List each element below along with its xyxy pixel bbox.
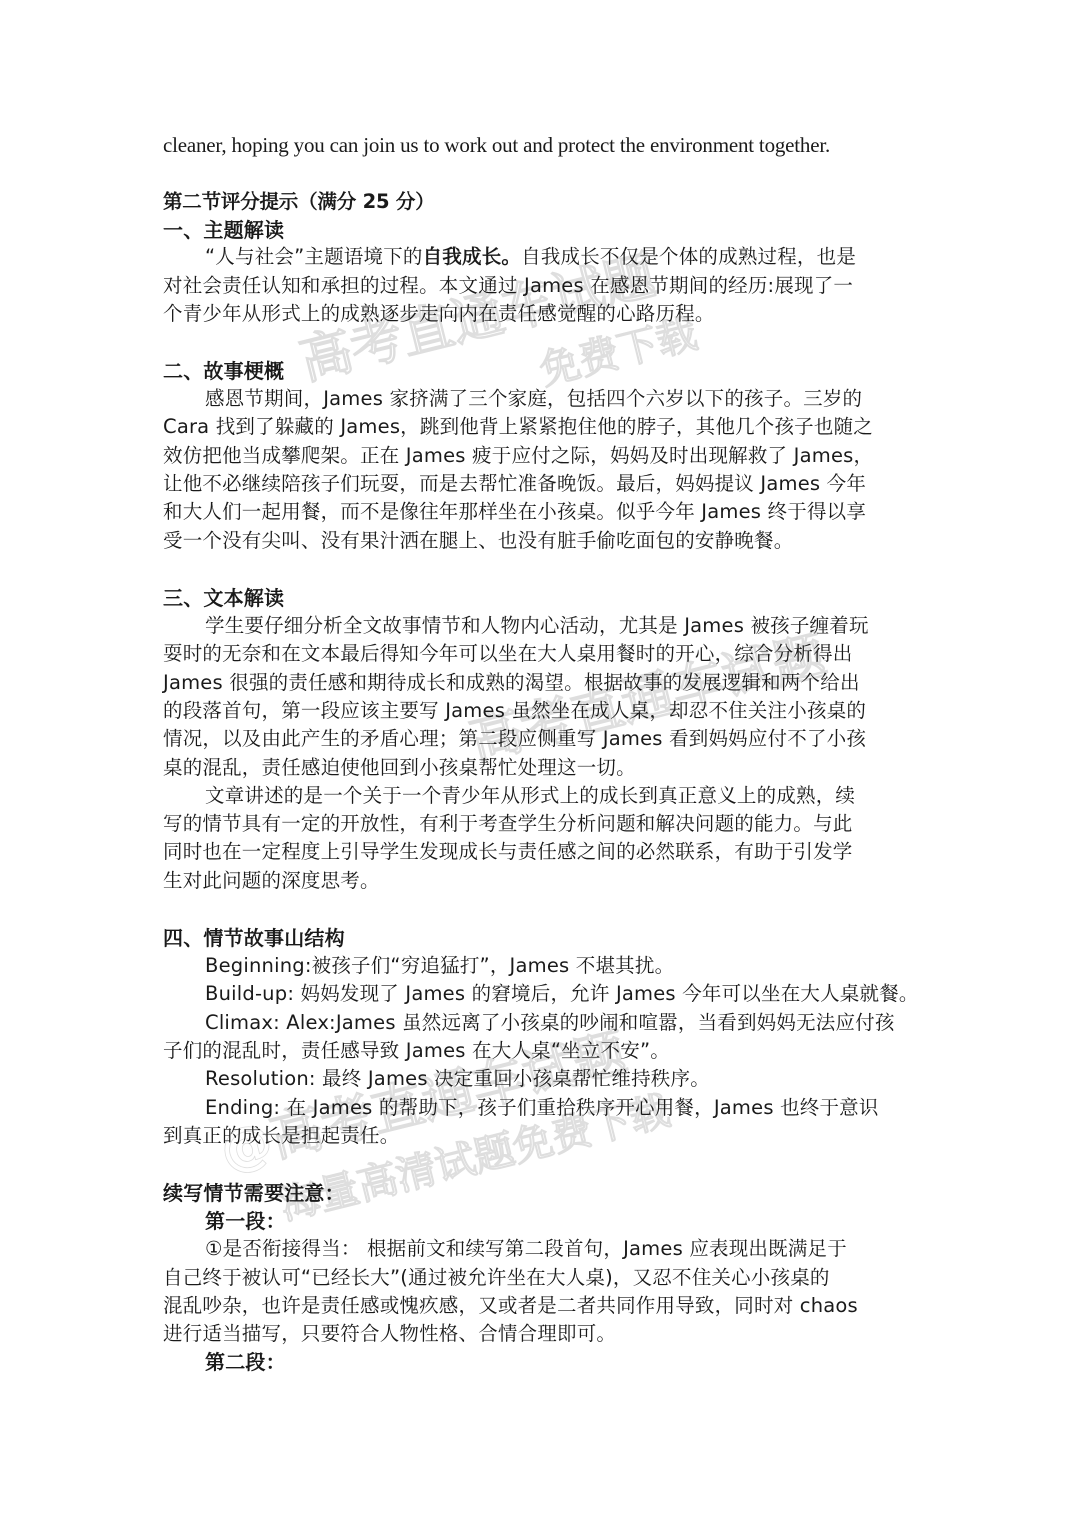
emphasis-text: 自我成长。: [423, 245, 522, 268]
plot-ending: Ending: 在 James 的帮助下，孩子们重拾秩序开心用餐，James 也…: [163, 1094, 915, 1122]
paragraph-line: James 很强的责任感和期待成长和成熟的渴望。根据故事的发展逻辑和两个给出: [163, 669, 915, 697]
paragraph-line: 情况，以及由此产生的矛盾心理；第二段应侧重写 James 看到妈妈应付不了小孩: [163, 725, 915, 753]
paragraph-line: 对社会责任认知和承担的过程。本文通过 James 在感恩节期间的经历:展现了一: [163, 272, 915, 300]
paragraph-line: 生对此问题的深度思考。: [163, 867, 915, 895]
paragraph-line: 感恩节期间，James 家挤满了三个家庭，包括四个六岁以下的孩子。三岁的: [163, 385, 915, 413]
section-title: 第二节评分提示（满分 25 分）: [163, 188, 915, 216]
paragraph-line: Cara 找到了躲藏的 James，跳到他背上紧紧抱住他的脖子，其他几个孩子也随…: [163, 413, 915, 441]
paragraph-line: 和大人们一起用餐，而不是像往年那样坐在小孩桌。似乎今年 James 终于得以享: [163, 498, 915, 526]
paragraph-line: “人与社会”主题语境下的自我成长。自我成长不仅是个体的成熟过程，也是: [163, 243, 915, 271]
label-paragraph-two: 第二段：: [163, 1348, 915, 1376]
plot-climax-cont: 子们的混乱时，责任感导致 James 在大人桌“坐立不安”。: [163, 1037, 915, 1065]
heading-theme: 一、主题解读: [163, 216, 915, 244]
carryover-text: cleaner, hoping you can join us to work …: [163, 131, 915, 159]
paragraph-line: 文章讲述的是一个关于一个青少年从形式上的成长到真正意义上的成熟，续: [163, 782, 915, 810]
paragraph-line: 个青少年从形式上的成熟逐步走向内在责任感觉醒的心路历程。: [163, 300, 915, 328]
heading-continuation-notes: 续写情节需要注意：: [163, 1179, 915, 1207]
paragraph-line: 同时也在一定程度上引导学生发现成长与责任感之间的必然联系，有助于引发学: [163, 838, 915, 866]
plot-resolution: Resolution: 最终 James 决定重回小孩桌帮忙维持秩序。: [163, 1065, 915, 1093]
text-span: 自我成长不仅是个体的成熟过程，也是: [521, 245, 856, 268]
heading-story-summary: 二、故事梗概: [163, 357, 915, 385]
paragraph-line: 桌的混乱，责任感迫使他回到小孩桌帮忙处理这一切。: [163, 754, 915, 782]
heading-plot-structure: 四、情节故事山结构: [163, 924, 915, 952]
plot-build-up: Build-up: 妈妈发现了 James 的窘境后，允许 James 今年可以…: [163, 980, 915, 1008]
document-page: 高考直通车试题 免费下载 高考直通车试题 @高考直通车试题 海量高清试题免费下载…: [0, 0, 1080, 1527]
label-paragraph-one: 第一段：: [163, 1207, 915, 1235]
text-span: “人与社会”主题语境下的: [205, 245, 423, 268]
paragraph-line: 写的情节具有一定的开放性，有利于考查学生分析问题和解决问题的能力。与此: [163, 810, 915, 838]
paragraph-line: 的段落首句，第一段应该主要写 James 虽然坐在成人桌，却忍不住关注小孩桌的: [163, 697, 915, 725]
plot-climax: Climax: Alex:James 虽然远离了小孩桌的吵闹和喧嚣，当看到妈妈无…: [163, 1009, 915, 1037]
heading-text-analysis: 三、文本解读: [163, 584, 915, 612]
paragraph-line: 让他不必继续陪孩子们玩耍，而是去帮忙准备晚饭。最后，妈妈提议 James 今年: [163, 470, 915, 498]
paragraph-line: ①是否衔接得当： 根据前文和续写第二段首句，James 应表现出既满足于: [163, 1235, 915, 1263]
plot-beginning: Beginning:被孩子们“穷追猛打”，James 不堪其扰。: [163, 952, 915, 980]
paragraph-line: 受一个没有尖叫、没有果汁洒在腿上、也没有脏手偷吃面包的安静晚餐。: [163, 527, 915, 555]
paragraph-line: 自己终于被认可“已经长大”(通过被允许坐在大人桌)，又忍不住关心小孩桌的: [163, 1264, 915, 1292]
paragraph-line: 耍时的无奈和在文本最后得知今年可以坐在大人桌用餐时的开心，综合分析得出: [163, 640, 915, 668]
paragraph-line: 混乱吵杂，也许是责任感或愧疚感，又或者是二者共同作用导致，同时对 chaos: [163, 1292, 915, 1320]
paragraph-line: 学生要仔细分析全文故事情节和人物内心活动，尤其是 James 被孩子缠着玩: [163, 612, 915, 640]
paragraph-line: 效仿把他当成攀爬架。正在 James 疲于应付之际，妈妈及时出现解救了 Jame…: [163, 442, 915, 470]
plot-ending-cont: 到真正的成长是担起责任。: [163, 1122, 915, 1150]
paragraph-line: 进行适当描写，只要符合人物性格、合情合理即可。: [163, 1320, 915, 1348]
